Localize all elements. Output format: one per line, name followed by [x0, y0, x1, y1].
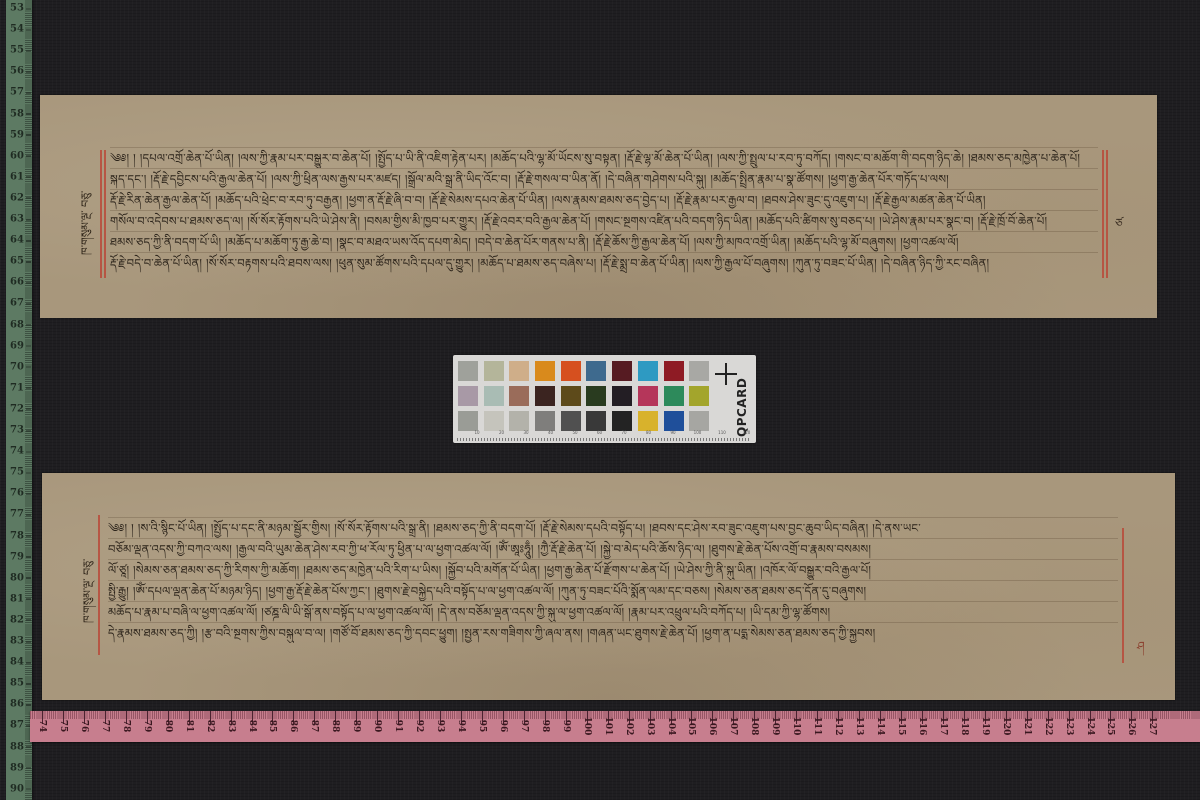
tape-cm-label: 65 [8, 256, 26, 267]
color-swatch [638, 411, 658, 431]
tape-cm-label: 126 [1126, 716, 1136, 736]
tape-cm-label: 93 [435, 716, 445, 736]
tape-cm-label: 79 [8, 551, 26, 562]
tape-cm-label: 102 [624, 716, 634, 736]
tape-cm-label: 99 [561, 716, 571, 736]
manuscript-line: ༄༅། ། །དཔལ་འགྲོ་ཆེན་པོ་ཡིན། །ལས་ཀྱི་རྣམ་… [110, 147, 1098, 168]
color-swatch [535, 361, 555, 381]
tape-cm-label: 74 [37, 716, 47, 736]
manuscript-folio-bottom: ཁ་གསུམ་ལྔ་ བཅུ་ ༄༅། ། །ས་འི་སྙིང་པོ་ཡིན།… [42, 473, 1175, 700]
tape-cm-label: 125 [1105, 716, 1115, 736]
color-swatch [664, 361, 684, 381]
tape-cm-label: 89 [351, 716, 361, 736]
card-brand: QPCARD [735, 378, 749, 437]
manuscript-line: བཅོམ་ལྡན་འདས་ཀྱི་བཀའ་ལས། །རྒྱལ་བའི་ཡུམ་ཆ… [108, 538, 1118, 559]
card-scale-label: 100 [694, 430, 702, 435]
tape-cm-label: 88 [8, 741, 26, 752]
color-swatch [689, 411, 709, 431]
manuscript-line: ༄༅། ། །ས་འི་སྙིང་པོ་ཡིན། །སྤྱོད་པ་དང་ནི་… [108, 517, 1118, 538]
tape-cm-label: 57 [8, 87, 26, 98]
tape-cm-label: 53 [8, 3, 26, 14]
tape-cm-label: 116 [917, 716, 927, 736]
color-swatch [638, 361, 658, 381]
tape-cm-label: 63 [8, 214, 26, 225]
right-margin-rule [1102, 150, 1104, 278]
tape-cm-label: 106 [707, 716, 717, 736]
tape-cm-label: 71 [8, 382, 26, 393]
left-margin-rule [100, 150, 102, 278]
color-swatch [509, 361, 529, 381]
card-scale-label: 10 [474, 430, 479, 435]
tape-cm-label: 64 [8, 235, 26, 246]
card-scale-label: 90 [670, 430, 675, 435]
tape-cm-label: 109 [770, 716, 780, 736]
tape-cm-label: 76 [8, 488, 26, 499]
color-swatch [612, 411, 632, 431]
tape-cm-label: 77 [100, 716, 110, 736]
tape-cm-label: 85 [8, 678, 26, 689]
manuscript-line: རྡོ་རྗེ་རིན་ཆེན་རྒྱལ་ཆེན་པོ། །མཆོད་པའི་ཕ… [110, 189, 1098, 210]
color-swatch [612, 361, 632, 381]
tape-cm-label: 84 [247, 716, 257, 736]
right-marginal-mark: ཤ [1137, 633, 1145, 667]
color-swatch [586, 411, 606, 431]
tape-cm-label: 113 [854, 716, 864, 736]
tape-cm-label: 88 [330, 716, 340, 736]
tape-cm-label: 118 [959, 716, 969, 736]
tape-cm-label: 68 [8, 319, 26, 330]
tape-cm-label: 87 [8, 720, 26, 731]
card-scale-label: 20 [499, 430, 504, 435]
card-scale-label: 80 [646, 430, 651, 435]
tape-cm-label: 82 [205, 716, 215, 736]
color-swatch [509, 411, 529, 431]
card-scale-label: 30 [523, 430, 528, 435]
tape-cm-label: 76 [79, 716, 89, 736]
color-swatch [664, 386, 684, 406]
tape-cm-label: 75 [8, 467, 26, 478]
tape-cm-label: 97 [519, 716, 529, 736]
tape-cm-label: 60 [8, 150, 26, 161]
color-swatch [638, 386, 658, 406]
tape-cm-label: 62 [8, 192, 26, 203]
tape-cm-label: 54 [8, 24, 26, 35]
color-swatch [535, 386, 555, 406]
horizontal-measuring-tape: 7475767778798081828384858687888990919293… [30, 711, 1200, 742]
tape-cm-label: 89 [8, 762, 26, 773]
tape-cm-label: 98 [540, 716, 550, 736]
card-scale-label: 70 [621, 430, 626, 435]
tape-cm-label: 72 [8, 403, 26, 414]
tape-cm-label: 108 [749, 716, 759, 736]
tape-cm-label: 101 [603, 716, 613, 736]
tape-cm-label: 96 [498, 716, 508, 736]
color-swatch [612, 386, 632, 406]
color-swatch [664, 411, 684, 431]
color-swatch [458, 361, 478, 381]
manuscript-line: དེ་རྣམས་ཐམས་ཅད་ཀྱི། །རྩ་བའི་སྔགས་ཀྱིས་བས… [108, 622, 1118, 643]
tape-cm-label: 123 [1064, 716, 1074, 736]
tape-cm-label: 91 [393, 716, 403, 736]
tape-cm-label: 114 [875, 716, 885, 736]
tape-cm-label: 90 [372, 716, 382, 736]
manuscript-line: སྐད་དང་། །རྡོ་རྗེ་དབྱིངས་པའི་རྒྱལ་ཆེན་པོ… [110, 168, 1098, 189]
color-swatch [458, 386, 478, 406]
tape-cm-label: 78 [121, 716, 131, 736]
color-swatch [484, 361, 504, 381]
tape-cm-label: 84 [8, 657, 26, 668]
tape-cm-label: 81 [184, 716, 194, 736]
vertical-measuring-tape: 5354555657585960616263646566676869707172… [6, 0, 32, 800]
tape-cm-label: 100 [582, 716, 592, 736]
tape-cm-label: 119 [980, 716, 990, 736]
left-margin-rule [98, 515, 100, 655]
tape-cm-label: 86 [8, 699, 26, 710]
tape-cm-label: 73 [8, 425, 26, 436]
tape-cm-label: 120 [1001, 716, 1011, 736]
card-scale-label: 50 [572, 430, 577, 435]
tape-cm-label: 111 [812, 716, 822, 736]
card-scale-label: 120 [743, 430, 751, 435]
right-marginal-mark: ཙ [1115, 210, 1123, 244]
tape-cm-label: 103 [645, 716, 655, 736]
tape-cm-label: 75 [58, 716, 68, 736]
color-swatch [561, 361, 581, 381]
manuscript-line: ཐམས་ཅད་ཀྱི་ནི་བདག་པོ་ཡི། །མཆོད་པ་མཆོག་ཏུ… [110, 231, 1098, 252]
manuscript-line: ལོ་ཙཱ། །སེམས་ཅན་ཐམས་ཅད་ཀྱི་རིགས་ཀྱི་མཆོག… [108, 559, 1118, 580]
folio-text-block: ༄༅། ། །ས་འི་སྙིང་པོ་ཡིན། །སྤྱོད་པ་དང་ནི་… [108, 517, 1118, 643]
tape-cm-label: 58 [8, 108, 26, 119]
tape-cm-label: 112 [833, 716, 843, 736]
tape-cm-label: 82 [8, 614, 26, 625]
tape-cm-label: 117 [938, 716, 948, 736]
tape-cm-label: 127 [1147, 716, 1157, 736]
color-swatch [561, 386, 581, 406]
folio-side-label: ཁ་གསུམ་ལྔ་ བཅུ་ [70, 165, 101, 255]
tape-cm-label: 70 [8, 361, 26, 372]
tape-cm-label: 107 [728, 716, 738, 736]
tape-cm-label: 122 [1043, 716, 1053, 736]
tape-cm-label: 67 [8, 298, 26, 309]
tape-cm-label: 121 [1022, 716, 1032, 736]
tape-cm-label: 79 [142, 716, 152, 736]
tape-cm-label: 83 [8, 636, 26, 647]
tape-cm-label: 69 [8, 340, 26, 351]
color-swatch [561, 411, 581, 431]
manuscript-line: གསོལ་བ་འདེབས་པ་ཐམས་ཅད་ལ། །སོ་སོར་རྟོགས་པ… [110, 210, 1098, 231]
color-swatch [509, 386, 529, 406]
tape-ticks [25, 0, 32, 800]
folio-text-block: ༄༅། ། །དཔལ་འགྲོ་ཆེན་པོ་ཡིན། །ལས་ཀྱི་རྣམ་… [110, 147, 1098, 273]
color-swatch [586, 386, 606, 406]
tape-cm-label: 61 [8, 171, 26, 182]
card-scale-label: 40 [548, 430, 553, 435]
card-scale-label: 110 [718, 430, 726, 435]
tape-cm-label: 74 [8, 446, 26, 457]
tape-cm-label: 105 [686, 716, 696, 736]
tape-cm-label: 77 [8, 509, 26, 520]
tape-cm-label: 94 [456, 716, 466, 736]
card-mm-scale: 102030405060708090100110120 [457, 432, 749, 441]
tape-cm-label: 56 [8, 66, 26, 77]
tape-cm-label: 83 [226, 716, 236, 736]
tape-cm-label: 55 [8, 45, 26, 56]
tape-cm-label: 90 [8, 783, 26, 794]
tape-cm-label: 81 [8, 593, 26, 604]
tape-cm-label: 115 [896, 716, 906, 736]
color-swatch [689, 361, 709, 381]
tape-cm-label: 80 [8, 572, 26, 583]
tape-cm-label: 80 [163, 716, 173, 736]
color-swatch [458, 411, 478, 431]
tape-cm-label: 104 [666, 716, 676, 736]
tape-cm-label: 124 [1085, 716, 1095, 736]
tape-cm-label: 92 [414, 716, 424, 736]
color-swatch [484, 386, 504, 406]
color-swatch [586, 361, 606, 381]
card-scale-label: 60 [597, 430, 602, 435]
tape-cm-label: 87 [309, 716, 319, 736]
color-swatch-grid [458, 361, 709, 431]
tape-cm-label: 78 [8, 530, 26, 541]
color-swatch [689, 386, 709, 406]
manuscript-line: སྤྱི་རྒྱུ། །ཨོཾ་དཔལ་ལྡན་ཆེན་པོ་མཉམ་ཉིད། … [108, 580, 1118, 601]
manuscript-folio-top: ཁ་གསུམ་ལྔ་ བཅུ་ ༄༅། ། །དཔལ་འགྲོ་ཆེན་པོ་ཡ… [40, 95, 1157, 318]
tape-cm-label: 85 [267, 716, 277, 736]
tape-cm-label: 86 [288, 716, 298, 736]
color-swatch [535, 411, 555, 431]
tape-cm-label: 95 [477, 716, 487, 736]
color-swatch [484, 411, 504, 431]
color-calibration-card: QPCARD 102030405060708090100110120 [453, 355, 756, 443]
crosshair-icon [715, 363, 737, 385]
right-margin-rule [1122, 528, 1124, 663]
tape-cm-label: 110 [791, 716, 801, 736]
manuscript-line: མཆོད་པ་རྣམ་པ་བཞི་ལ་ཕྱག་འཚལ་ལོ། །ཙཎྜ་ལི་ཡ… [108, 601, 1118, 622]
manuscript-line: རྡོ་རྗེ་བདེ་བ་ཆེན་པོ་ཡིན། །སོ་སོར་བརྟགས་… [110, 252, 1098, 273]
tape-cm-label: 66 [8, 277, 26, 288]
tape-cm-label: 59 [8, 129, 26, 140]
